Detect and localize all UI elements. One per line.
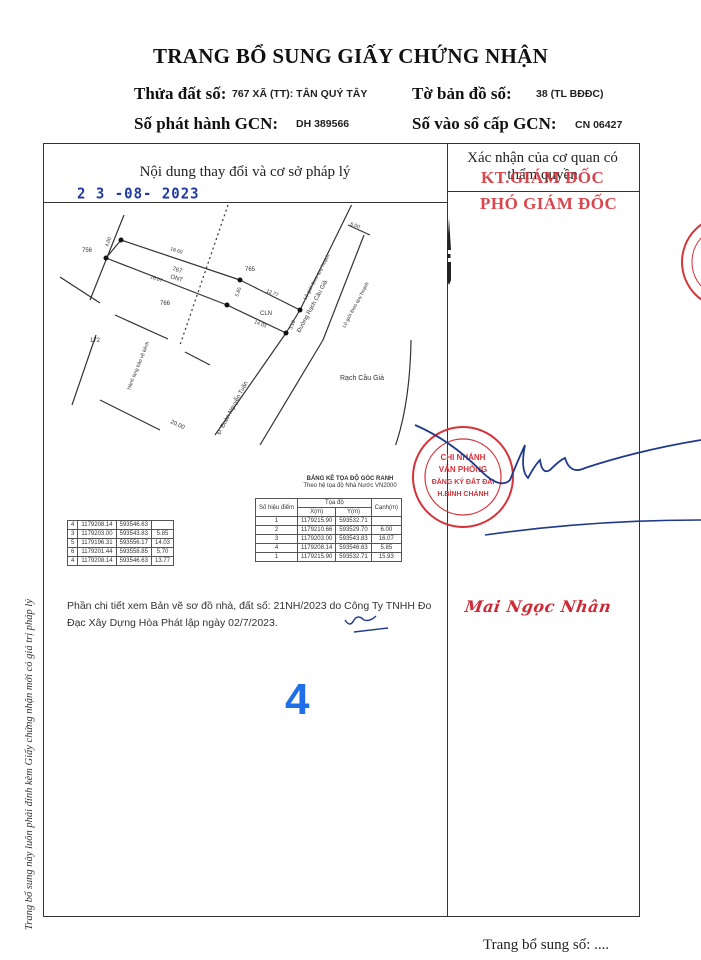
register-number-value: CN 06427 bbox=[575, 119, 622, 131]
svg-text:CLN: CLN bbox=[260, 311, 272, 317]
table-row: 61179201.44593558.855.70 bbox=[68, 548, 174, 557]
page-marker: 4 bbox=[285, 675, 309, 725]
approval-stamp-line1: KT.GIÁM ĐỐC bbox=[481, 168, 604, 188]
svg-text:ONT: ONT bbox=[169, 274, 183, 284]
svg-text:18.60: 18.60 bbox=[169, 246, 183, 256]
table-row: 31179203.00593543.835.85 bbox=[68, 530, 174, 539]
table-row: 51179196.31593556.1714.03 bbox=[68, 539, 174, 548]
date-stamp: 2 3 -08- 2023 bbox=[77, 185, 200, 203]
svg-text:765: 765 bbox=[245, 267, 256, 273]
map-sheet-label: Tờ bản đồ số: bbox=[412, 84, 512, 104]
table-row: 41179208.14593546.63 bbox=[68, 521, 174, 530]
svg-text:12.77: 12.77 bbox=[265, 288, 279, 298]
svg-text:Đ. Đoàn Nguyễn Tuấn: Đ. Đoàn Nguyễn Tuấn bbox=[216, 380, 250, 436]
site-plan-drawing: 756 765 766 172 767 ONT CLN 18.60 4.00 1… bbox=[60, 205, 420, 445]
parcel-label: Thửa đất số: bbox=[134, 84, 226, 104]
initials-signature-icon bbox=[340, 612, 400, 636]
partial-seal-icon bbox=[678, 212, 701, 312]
signer-name: Mai Ngọc Nhân bbox=[464, 597, 613, 616]
issue-number-value: DH 389566 bbox=[296, 118, 349, 130]
header-divider-right bbox=[447, 191, 640, 192]
side-note: Trang bổ sung này luôn phải đính kèm Giấ… bbox=[24, 599, 35, 930]
table-row: 41179208.14593546.6313.77 bbox=[68, 557, 174, 566]
table-row: 31179203.00593543.8316.07 bbox=[256, 535, 402, 544]
table-row: 11179215.90593532.71 bbox=[256, 517, 402, 526]
north-arrow-icon bbox=[440, 215, 460, 285]
issue-number-label: Số phát hành GCN: bbox=[134, 114, 278, 134]
map-sheet-value: 38 (TL BĐĐC) bbox=[536, 88, 603, 100]
left-column-header: Nội dung thay đổi và cơ sở pháp lý bbox=[70, 164, 420, 181]
coord-table-extra: 41179208.14593546.6331179203.00593543.83… bbox=[67, 520, 174, 566]
approval-stamp-line2: PHÓ GIÁM ĐỐC bbox=[480, 194, 617, 214]
parcel-value: 767 XÃ (TT): TÂN QUÝ TÂY bbox=[232, 88, 367, 100]
coord-table-main: Số hiệu điểm Tọa độ Cạnh(m) X(m) Y(m) 11… bbox=[255, 498, 402, 562]
register-number-label: Số vào sổ cấp GCN: bbox=[412, 114, 557, 134]
table-row: 21179210.66593529.706.00 bbox=[256, 526, 402, 535]
svg-text:766: 766 bbox=[160, 301, 171, 307]
svg-text:5.85: 5.85 bbox=[234, 286, 243, 297]
table-row: 11179215.90593532.7115.93 bbox=[256, 553, 402, 562]
svg-text:Hành lang bảo vệ kênh: Hành lang bảo vệ kênh bbox=[126, 341, 151, 391]
svg-text:20.00: 20.00 bbox=[169, 419, 186, 431]
table-row: 41179208.14593546.635.85 bbox=[256, 544, 402, 553]
svg-text:14.03: 14.03 bbox=[253, 319, 267, 329]
footer-page-number: Trang bổ sung số: .... bbox=[483, 937, 609, 954]
document-title: TRANG BỔ SUNG GIẤY CHỨNG NHẬN bbox=[0, 44, 701, 69]
svg-text:3.18: 3.18 bbox=[288, 319, 297, 330]
svg-text:Rạch Cầu Giả: Rạch Cầu Giả bbox=[340, 373, 384, 382]
svg-text:172: 172 bbox=[90, 338, 101, 344]
svg-text:Lộ giới theo quy hoạch: Lộ giới theo quy hoạch bbox=[341, 281, 370, 329]
signature-icon bbox=[410, 420, 701, 540]
svg-text:6.00: 6.00 bbox=[349, 221, 360, 230]
svg-text:16.07: 16.07 bbox=[149, 274, 163, 284]
svg-text:756: 756 bbox=[82, 248, 93, 254]
